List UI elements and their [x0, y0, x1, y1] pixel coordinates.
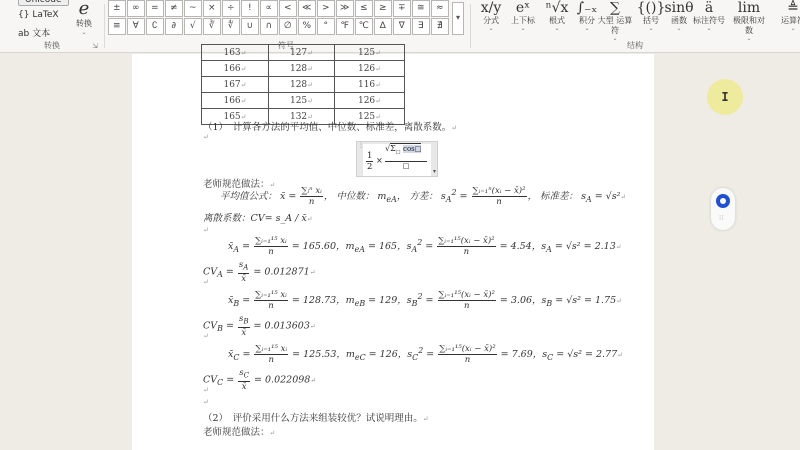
symbol-button[interactable]: ∩	[260, 18, 278, 35]
symbol-button[interactable]: ∓	[393, 0, 411, 17]
cv-result-a: CVA = sAx̄ = 0.012871↵	[203, 260, 316, 284]
cv-result-b: CVB = sBx̄ = 0.013603↵	[203, 314, 316, 338]
structure-label: 运算符	[774, 16, 800, 26]
structure-icon: ä	[690, 0, 728, 16]
table-cell[interactable]: 128↵	[269, 61, 335, 77]
text-option[interactable]: ab 文本	[18, 26, 50, 39]
symbol-button[interactable]: %	[298, 18, 316, 35]
table-cell[interactable]: 127↵	[269, 45, 335, 61]
conversion-group-label: 转换	[0, 40, 104, 51]
symbol-button[interactable]: ∅	[279, 18, 297, 35]
cv-formula: 离散系数：CV= s_A / x̄↵	[203, 210, 313, 224]
chevron-down-icon: ⌄	[504, 26, 542, 32]
symbol-button[interactable]: ∄	[431, 18, 449, 35]
symbol-button[interactable]: ∪	[241, 18, 259, 35]
equation-editor-box[interactable]: ⋮ 12 × √Σ□ cos□ □ ▾	[356, 141, 438, 177]
data-table: 163↵127↵125↵166↵128↵126↵167↵128↵116↵166↵…	[201, 44, 405, 125]
result-line-a: x̄A = ∑ᵢ₌₁¹⁵ xᵢn = 165.60，meA = 165，sA2 …	[228, 236, 622, 257]
unicode-option[interactable]: Unicode	[18, 0, 69, 6]
structure-label: 极限和对数	[730, 16, 768, 36]
symbol-button[interactable]: ∁	[146, 18, 164, 35]
symbol-button[interactable]: ∜	[222, 18, 240, 35]
symbol-button[interactable]: ∝	[260, 0, 278, 17]
structure-icon: ≜	[774, 0, 800, 16]
formula-line: 平均值公式： x̄ = ∑ᵢⁿ xᵢn， 中位数： meA， 方差： sA2 =…	[220, 186, 626, 207]
symbol-button[interactable]: ℉	[336, 18, 354, 35]
symbol-button[interactable]: ≥	[374, 0, 392, 17]
equation-options-dropdown[interactable]: ▾	[433, 168, 436, 175]
symbol-button[interactable]: ∆	[374, 18, 392, 35]
drag-handle-icon[interactable]: ⁞⁞	[719, 214, 723, 222]
latex-option[interactable]: {} LaTeX	[18, 10, 59, 20]
symbol-button[interactable]: ≡	[108, 18, 126, 35]
table-row: 166↵125↵126↵	[202, 93, 405, 109]
symbol-button[interactable]: ≠	[165, 0, 183, 17]
symbol-button[interactable]: ≅	[412, 0, 430, 17]
symbol-button[interactable]: ×	[203, 0, 221, 17]
chevron-down-icon: ⌄	[774, 26, 800, 32]
symbol-button[interactable]: =	[146, 0, 164, 17]
structure-button[interactable]: lim极限和对数⌄	[730, 0, 768, 42]
table-cell[interactable]: 166↵	[202, 93, 269, 109]
symbol-button[interactable]: ~	[184, 0, 202, 17]
question-2: （2） 评价采用什么方法来组装较优？试说明理由。↵	[203, 410, 429, 424]
structure-button[interactable]: eˣ上下标⌄	[504, 0, 542, 32]
teacher-method-label-2: 老师规范做法：↵	[203, 424, 275, 438]
symbol-button[interactable]: <	[279, 0, 297, 17]
text-cursor-indicator: I	[707, 79, 743, 115]
symbol-button[interactable]: ±	[108, 0, 126, 17]
result-line-b: x̄B = ∑ᵢ₌₁¹⁵ xᵢn = 128.73，meB = 129，sB2 …	[228, 290, 622, 311]
symbol-button[interactable]: ≫	[336, 0, 354, 17]
table-cell[interactable]: 116↵	[335, 77, 405, 93]
conversion-group: Unicode {} LaTeX ab 文本 e 转换 ⌄ 转换 ⇲	[0, 0, 104, 53]
symbol-button[interactable]: ℃	[355, 18, 373, 35]
question-1: （1） 计算各方法的平均值、中位数、标准差，离散系数。↵	[203, 119, 457, 133]
table-cell[interactable]: 125↵	[335, 45, 405, 61]
convert-button[interactable]: e 转换 ⌄	[72, 0, 96, 36]
structure-group: 结构 x/y分式⌄eˣ上下标⌄ⁿ√x根式⌄∫₋ₓ积分⌄∑大型 运算符⌄{()}括…	[470, 0, 800, 53]
table-cell[interactable]: 126↵	[335, 93, 405, 109]
equation-content[interactable]: 12 × √Σ□ cos□ □	[363, 144, 431, 176]
symbol-button[interactable]: ∇	[393, 18, 411, 35]
symbol-button[interactable]: ≤	[355, 0, 373, 17]
symbol-button[interactable]: √	[184, 18, 202, 35]
symbol-gallery: ±∞=≠~×÷!∝<≪>≫≤≥∓≅≈≡∀∁∂√∛∜∪∩∅%°℉℃∆∇∃∄	[108, 0, 449, 35]
structure-label: 大型 运算符	[596, 16, 634, 36]
symbol-button[interactable]: !	[241, 0, 259, 17]
symbol-button[interactable]: >	[317, 0, 335, 17]
symbol-button[interactable]: ∛	[203, 18, 221, 35]
cv-result-c: CVC = sCx̄ = 0.022098↵	[203, 368, 316, 392]
symbol-button[interactable]: ∀	[127, 18, 145, 35]
symbol-button[interactable]: ÷	[222, 0, 240, 17]
structure-button[interactable]: ä标注符号⌄	[690, 0, 728, 32]
chevron-down-icon: ⌄	[596, 36, 634, 42]
structure-button[interactable]: ≜运算符⌄	[774, 0, 800, 32]
document-background	[0, 54, 132, 450]
symbols-more-button[interactable]: ▾	[452, 2, 464, 35]
text-icon: ab	[18, 29, 29, 39]
structure-icon: eˣ	[504, 0, 542, 16]
symbol-button[interactable]: ∃	[412, 18, 430, 35]
symbol-button[interactable]: ∂	[165, 18, 183, 35]
assistant-icon	[716, 194, 730, 208]
result-line-c: x̄C = ∑ᵢ₌₁¹⁵ xᵢn = 125.53，meC = 126，sC2 …	[228, 344, 623, 365]
latex-icon: {}	[18, 10, 29, 20]
dialog-launcher-icon[interactable]: ⇲	[92, 42, 98, 50]
chevron-down-icon: ⌄	[730, 36, 768, 42]
table-row: 166↵128↵126↵	[202, 61, 405, 77]
structure-icon: ∑	[596, 0, 634, 16]
table-cell[interactable]: 126↵	[335, 61, 405, 77]
table-cell[interactable]: 128↵	[269, 77, 335, 93]
table-row: 167↵128↵116↵	[202, 77, 405, 93]
table-cell[interactable]: 167↵	[202, 77, 269, 93]
symbol-button[interactable]: ≪	[298, 0, 316, 17]
structure-button[interactable]: ∑大型 运算符⌄	[596, 0, 634, 42]
table-row: 163↵127↵125↵	[202, 45, 405, 61]
symbol-button[interactable]: ∞	[127, 0, 145, 17]
floating-assistant-button[interactable]: ⁞⁞	[711, 188, 735, 230]
symbol-button[interactable]: ≈	[431, 0, 449, 17]
convert-icon: e	[72, 0, 96, 18]
table-cell[interactable]: 163↵	[202, 45, 269, 61]
table-cell[interactable]: 166↵	[202, 61, 269, 77]
structure-icon: lim	[730, 0, 768, 16]
chevron-down-icon: ⌄	[690, 26, 728, 32]
table-cell[interactable]: 125↵	[269, 93, 335, 109]
symbol-button[interactable]: °	[317, 18, 335, 35]
